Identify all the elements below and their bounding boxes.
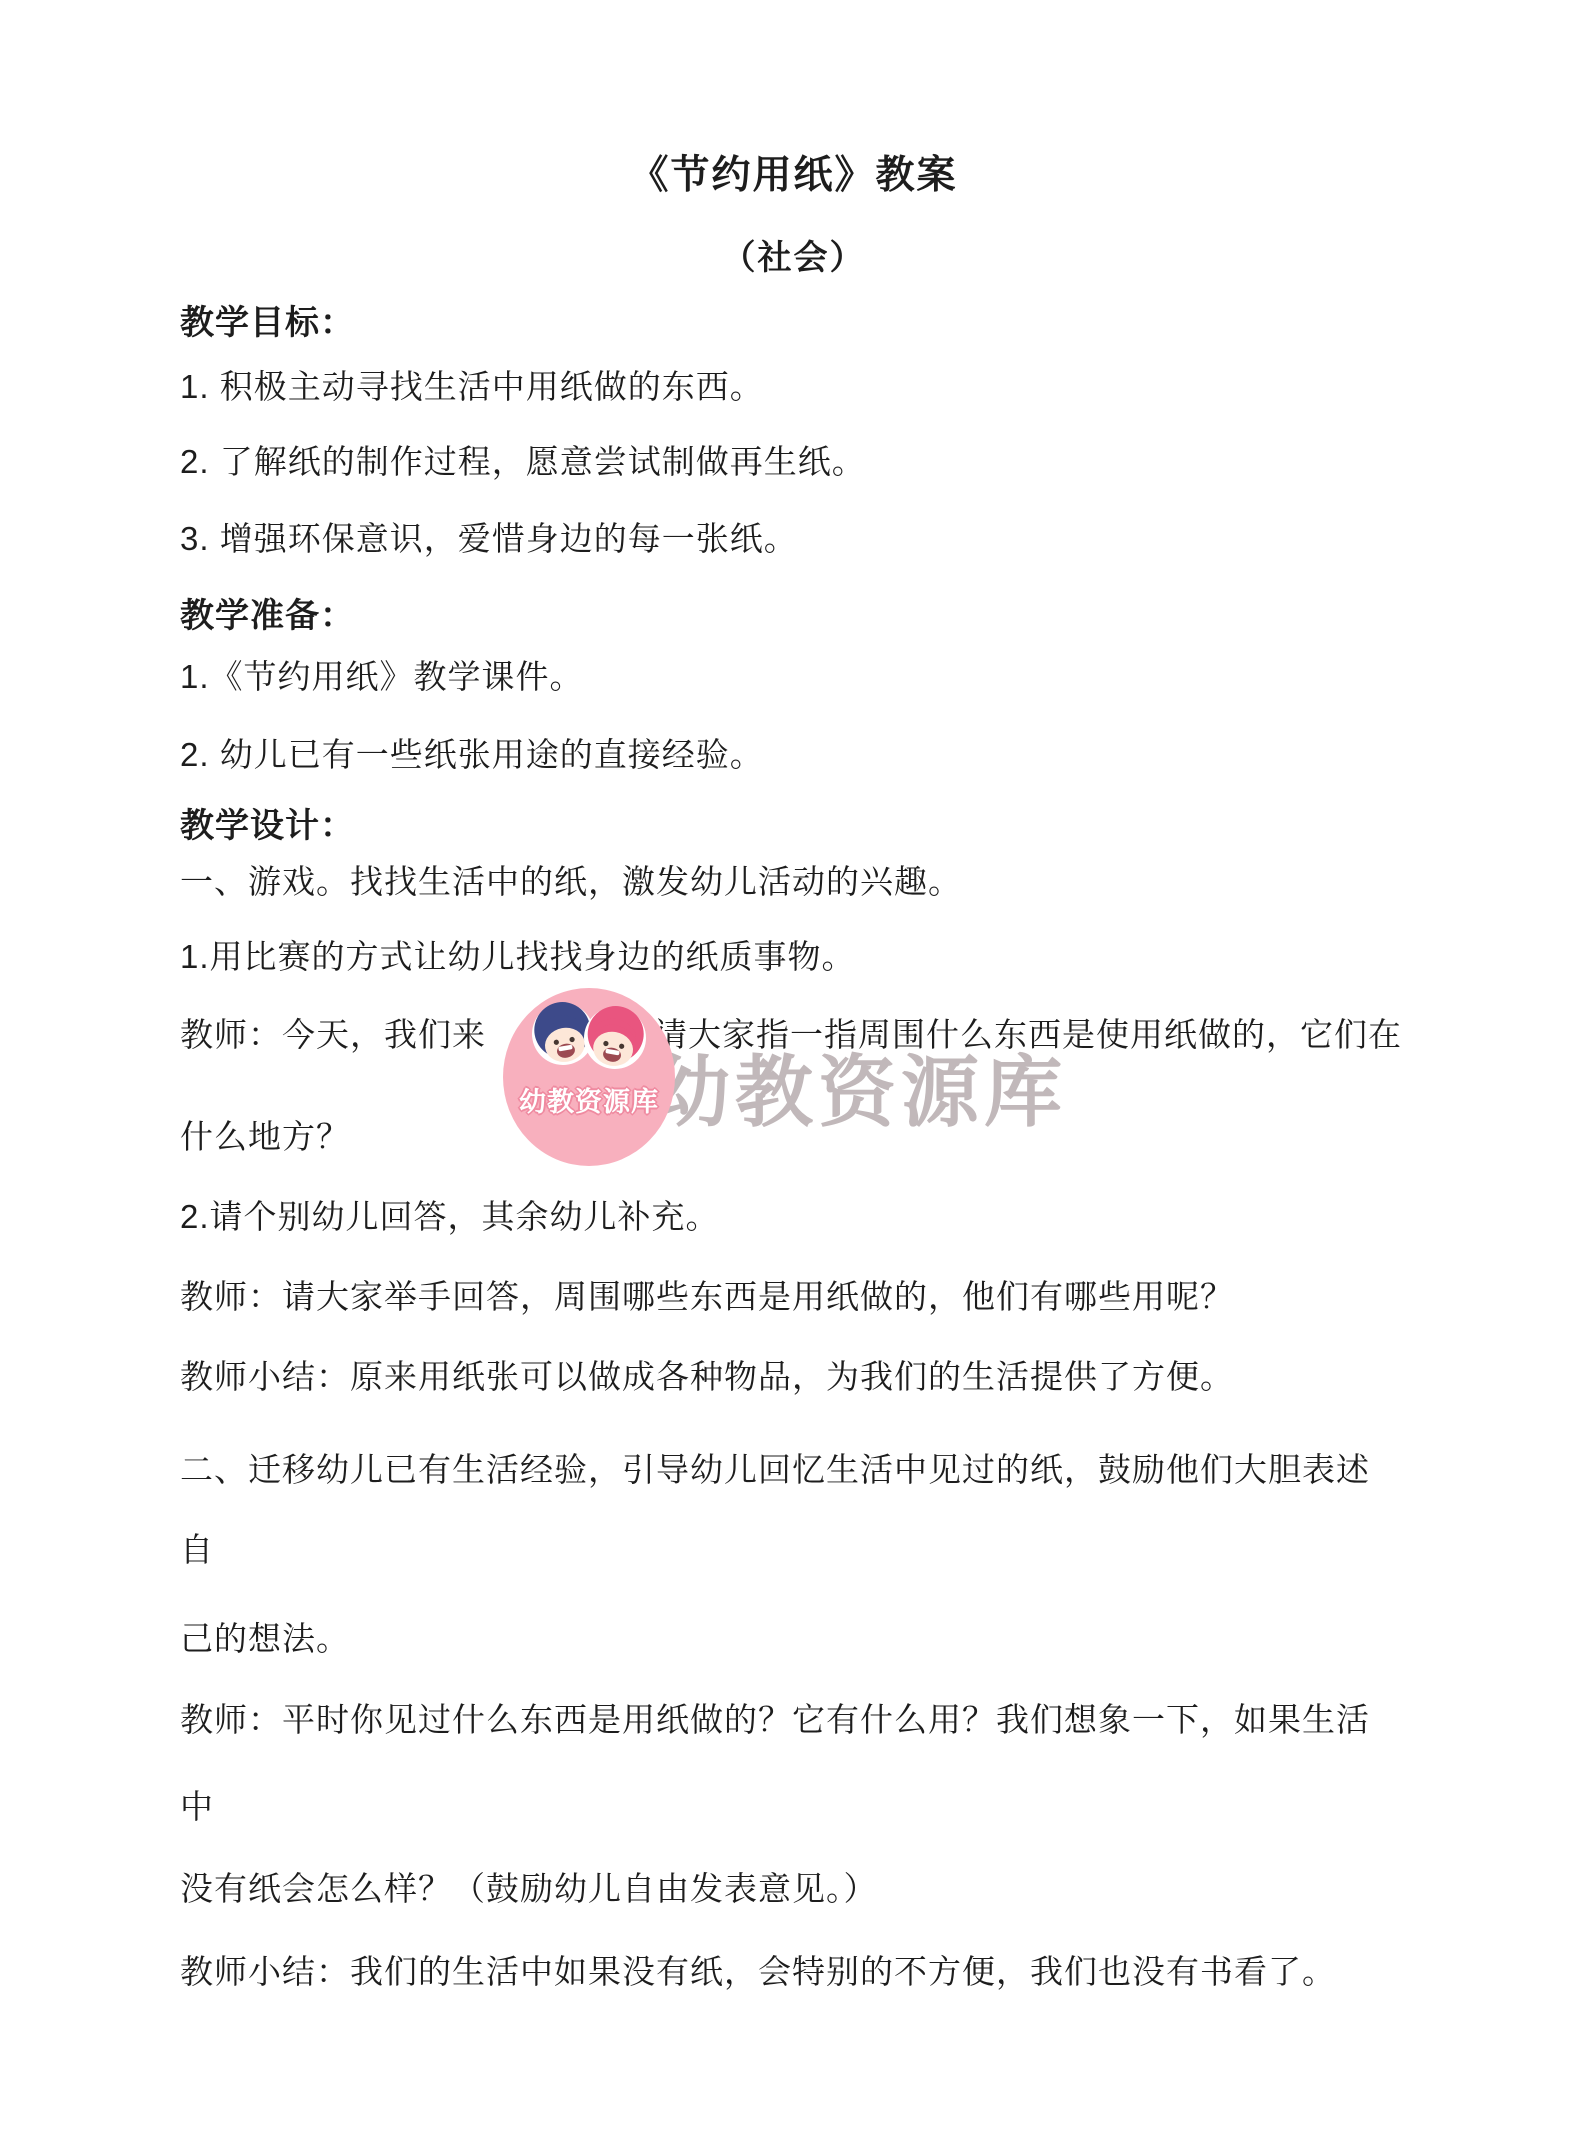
text-segment: 教师：今天，我们来 (180, 1016, 486, 1053)
text-segment: 请大家指一指周围什么东西是使用纸做的，它们在 (654, 1016, 1402, 1053)
text-line: 己的想法。 (180, 1618, 350, 1659)
text-line: 一、游戏。找找生活中的纸，激发幼儿活动的兴趣。 (180, 861, 962, 902)
text-line: 什么地方？ (180, 1116, 350, 1157)
text-line: 教学设计： (180, 806, 355, 849)
text-line: （社会） (0, 238, 1587, 281)
text-line: 1. 积极主动寻找生活中用纸做的东西。 (180, 366, 764, 407)
text-line: 2. 幼儿已有一些纸张用途的直接经验。 (180, 734, 764, 775)
text-line: 中 (180, 1786, 214, 1827)
children-faces-icon (525, 996, 653, 1076)
text-line: 2.请个别幼儿回答，其余幼儿补充。 (180, 1196, 720, 1237)
text-line: 教师小结：我们的生活中如果没有纸，会特别的不方便，我们也没有书看了。 (180, 1951, 1336, 1992)
text-line: 自 (180, 1529, 214, 1570)
text-line: 2. 了解纸的制作过程，愿意尝试制做再生纸。 (180, 441, 866, 482)
text-line: 教师：请大家举手回答，周围哪些东西是用纸做的，他们有哪些用呢？ (180, 1276, 1234, 1317)
text-line: 教师：今天，我们来请大家指一指周围什么东西是使用纸做的，它们在 (180, 1014, 1402, 1055)
text-line: 3. 增强环保意识，爱惜身边的每一张纸。 (180, 518, 798, 559)
text-line: 没有纸会怎么样？（鼓励幼儿自由发表意见。） (180, 1868, 878, 1909)
text-line: 教学目标： (180, 303, 355, 346)
watermark-logo-text: 幼教资源库 (503, 1080, 675, 1119)
text-line: 教师：平时你见过什么东西是用纸做的？它有什么用？我们想象一下，如果生活 (180, 1699, 1370, 1740)
lesson-plan-page: 幼教资源库 《节约用纸》教案（社会）教学目标：1. 积极主动寻找生活中用纸做的东… (0, 0, 1587, 2139)
text-line: 《节约用纸》教案 (0, 152, 1587, 201)
text-line: 教学准备： (180, 596, 355, 639)
watermark-logo: 幼教资源库 (503, 988, 675, 1166)
text-line: 二、迁移幼儿已有生活经验，引导幼儿回忆生活中见过的纸，鼓励他们大胆表述 (180, 1449, 1370, 1490)
text-line: 教师小结：原来用纸张可以做成各种物品，为我们的生活提供了方便。 (180, 1356, 1234, 1397)
text-line: 1.《节约用纸》教学课件。 (180, 656, 584, 697)
text-line: 1.用比赛的方式让幼儿找找身边的纸质事物。 (180, 936, 856, 977)
